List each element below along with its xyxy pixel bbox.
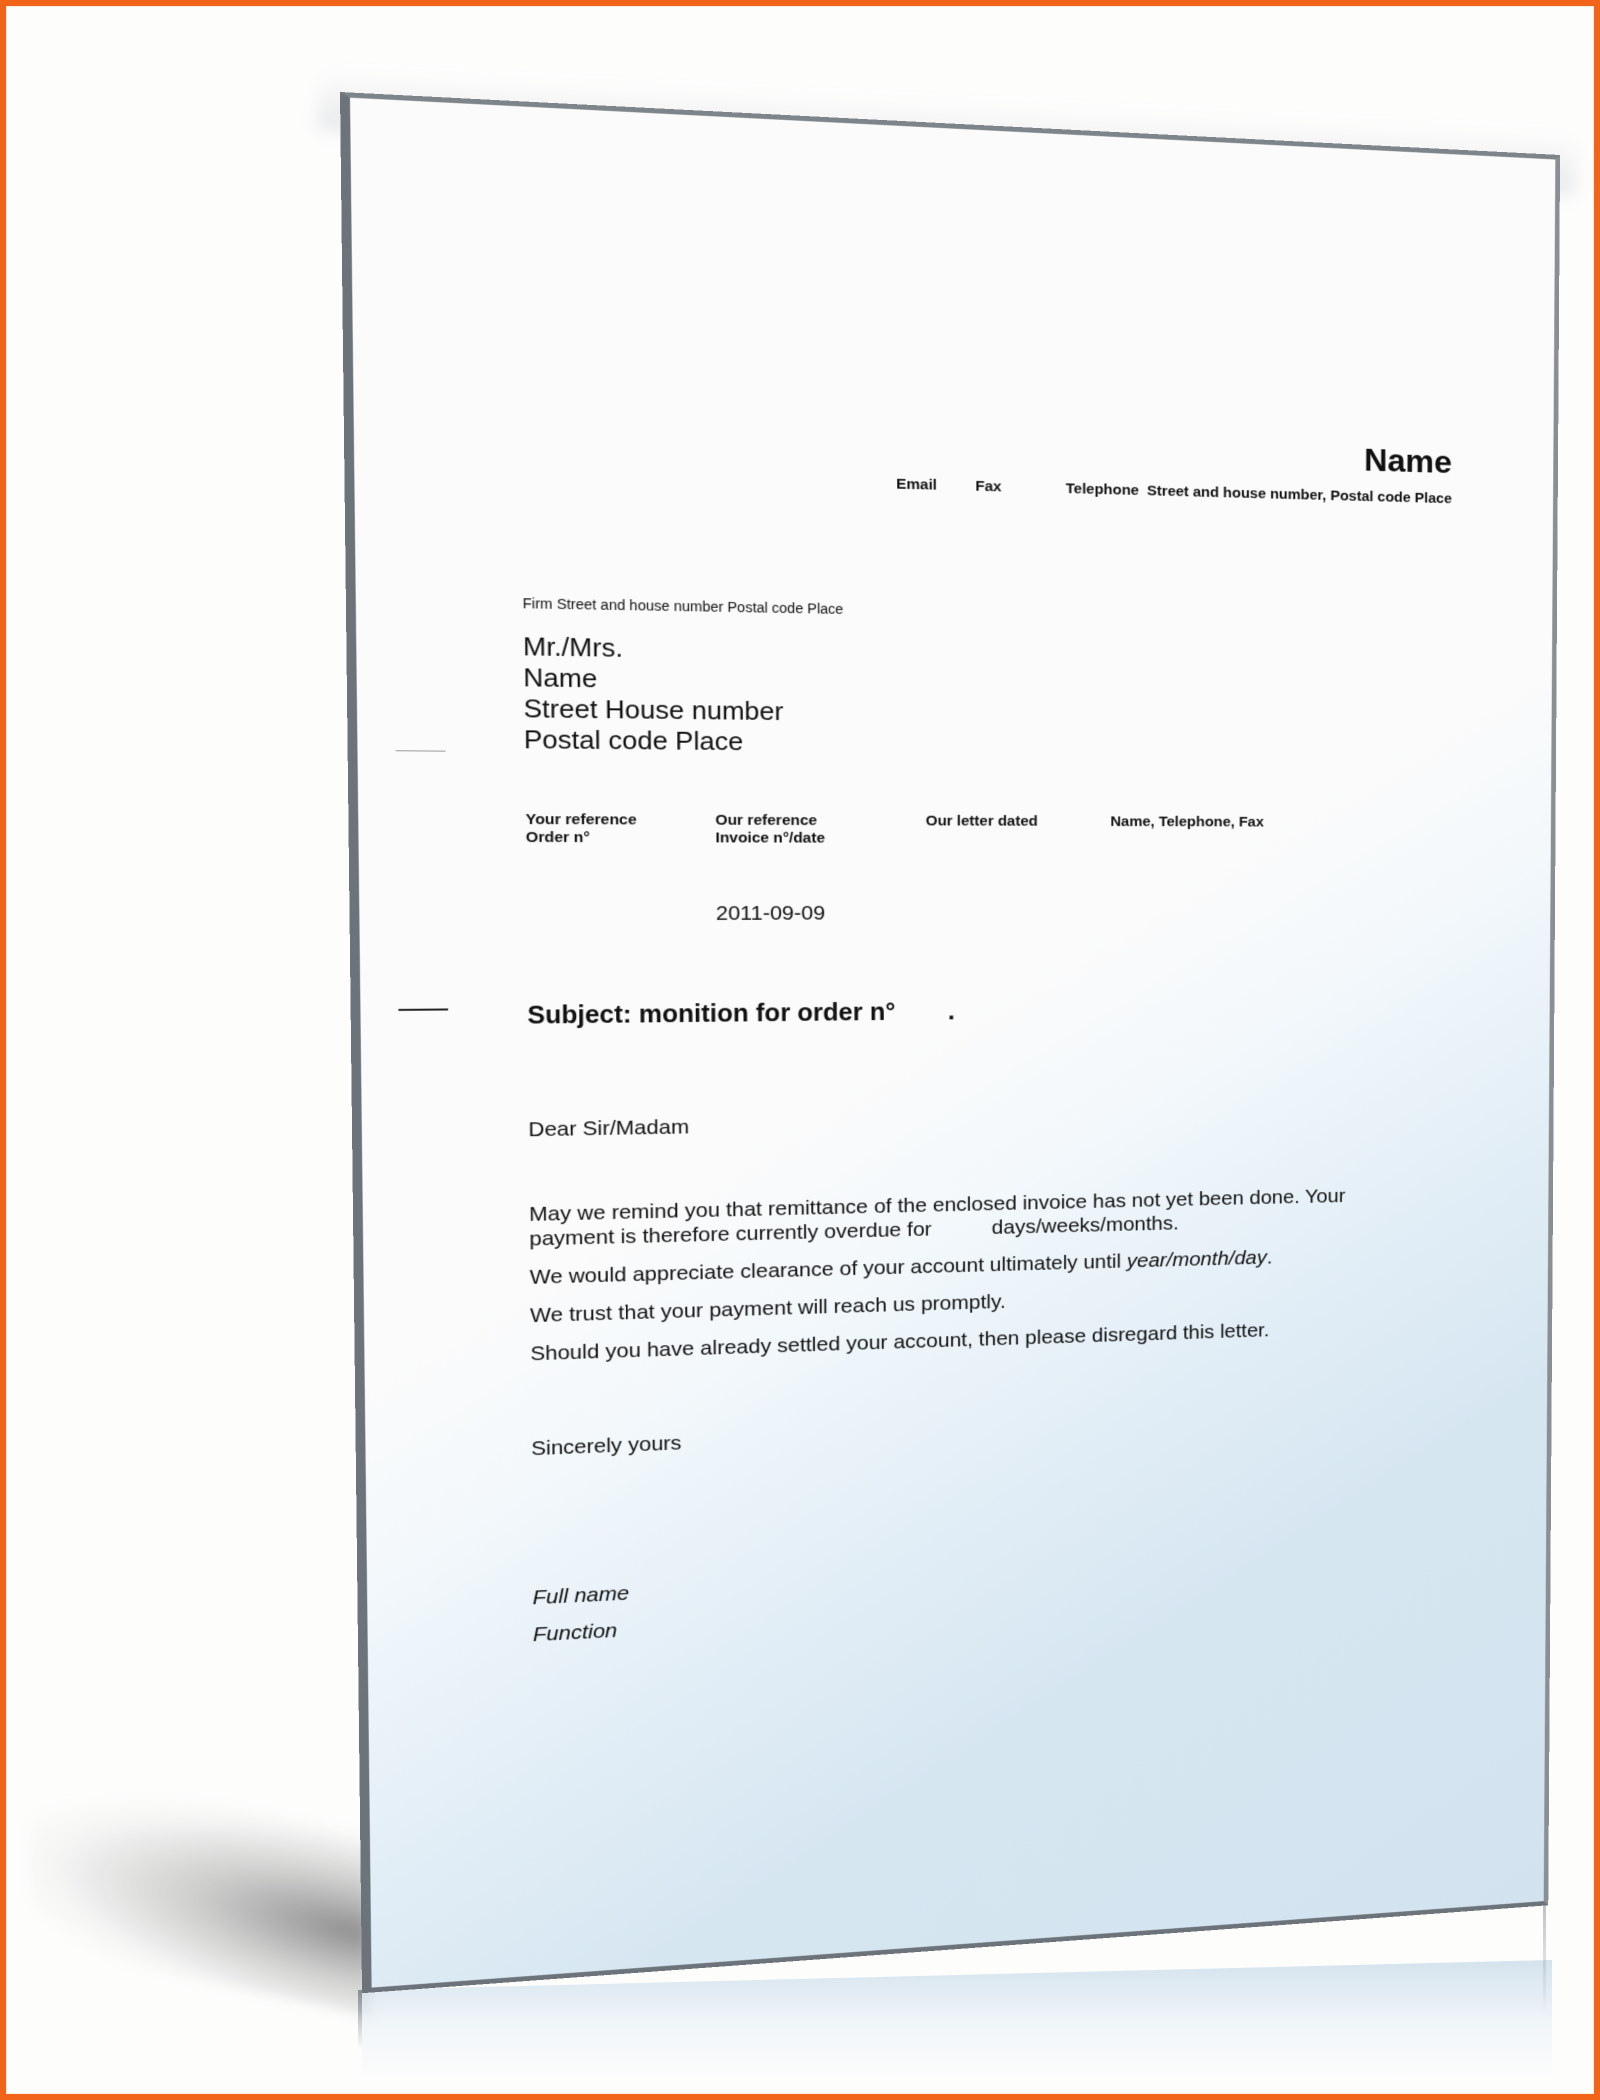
sender-name: Name	[1364, 442, 1452, 482]
reference-letter-dated: Our letter dated	[926, 813, 1038, 831]
greeting: Dear Sir/Madam	[528, 1116, 689, 1142]
letter-body: May we remind you that remittance of the…	[529, 1183, 1408, 1380]
body-paragraph: May we remind you that remittance of the…	[529, 1183, 1408, 1252]
body-text: .	[1267, 1247, 1273, 1269]
subject-text: Subject: monition for order n°	[527, 999, 895, 1030]
recipient-name: Name	[523, 662, 783, 696]
reference-contact: Name, Telephone, Fax	[1110, 814, 1263, 832]
sender-fax: Fax	[975, 478, 1001, 495]
signature-function: Function	[533, 1619, 618, 1647]
reference-sublabel: Order n°	[526, 829, 637, 847]
return-address-line: Firm Street and house number Postal code…	[523, 595, 844, 617]
sender-address: Street and house number, Postal code Pla…	[1147, 483, 1452, 507]
reference-our: Our reference Invoice n°/date	[715, 812, 825, 848]
reflection-edge	[358, 1990, 362, 2050]
reflection-edge	[1543, 1905, 1546, 2015]
recipient-address-block: Mr./Mrs. Name Street House number Postal…	[523, 631, 784, 757]
subject-suffix: .	[948, 998, 955, 1025]
reference-label: Name, Telephone, Fax	[1110, 814, 1263, 832]
reference-label: Our reference	[715, 812, 825, 830]
fold-mark	[398, 1008, 448, 1010]
reference-sublabel: Invoice n°/date	[715, 830, 825, 848]
reference-label: Our letter dated	[926, 813, 1038, 831]
recipient-street: Street House number	[523, 693, 783, 727]
letter-date: 2011-09-09	[716, 902, 825, 926]
body-date-placeholder: year/month/day	[1127, 1247, 1267, 1272]
closing: Sincerely yours	[531, 1432, 681, 1461]
sender-email: Email	[896, 476, 937, 494]
fold-mark	[396, 750, 446, 751]
recipient-salutation: Mr./Mrs.	[523, 631, 783, 666]
signature-full-name: Full name	[532, 1582, 629, 1610]
letter-page: Name Email Fax Telephone Street and hous…	[340, 92, 1560, 1993]
sender-telephone: Telephone	[1066, 480, 1139, 498]
recipient-city: Postal code Place	[524, 724, 784, 757]
subject-line: Subject: monition for order n°.	[527, 998, 955, 1030]
reference-label: Your reference	[526, 811, 637, 829]
body-text: We would appreciate clearance of your ac…	[530, 1250, 1127, 1288]
body-text: May we remind you that remittance of the…	[529, 1185, 1345, 1250]
body-text: days/weeks/months.	[992, 1212, 1179, 1238]
page-cast-shadow	[30, 1764, 370, 2016]
letter-content: Name Email Fax Telephone Street and hous…	[350, 98, 1555, 1988]
reference-your: Your reference Order n°	[526, 811, 637, 847]
